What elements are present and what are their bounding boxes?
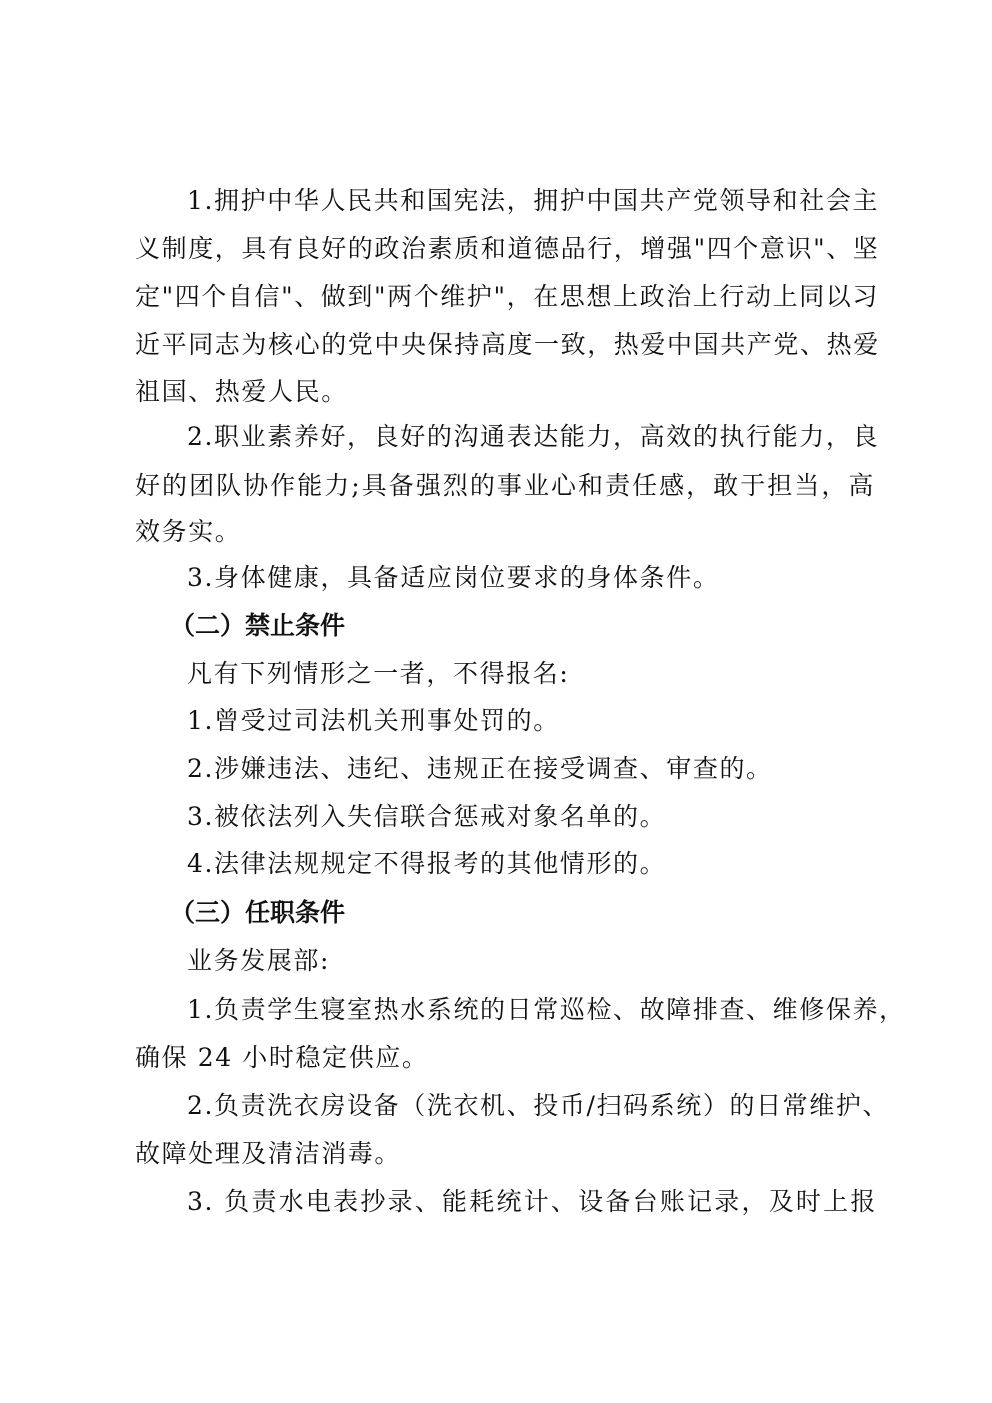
requirement-1-line-4: 近平同志为核心的党中央保持高度一致，热爱中国共产党、热爱 [135,325,875,365]
requirement-2-line-2: 好的团队协作能力;具备强烈的事业心和责任感，敢于担当，高 [135,466,875,506]
requirement-1-line-1: 1.拥护中华人民共和国宪法，拥护中国共产党领导和社会主 [187,181,877,221]
duty-1-line-1: 1.负责学生寝室热水系统的日常巡检、故障排查、维修保养， [187,990,877,1030]
requirement-1-line-5: 祖国、热爱人民。 [135,372,875,412]
prohibited-intro: 凡有下列情形之一者，不得报名: [187,654,877,694]
section-heading-job-requirements: （三）任职条件 [170,893,910,933]
document-page: 1.拥护中华人民共和国宪法，拥护中国共产党领导和社会主 义制度，具有良好的政治素… [0,0,992,1403]
duty-2-line-1: 2.负责洗衣房设备（洗衣机、投币/扫码系统）的日常维护、 [187,1086,877,1126]
duty-3-line-1: 3. 负责水电表抄录、能耗统计、设备台账记录，及时上报 [187,1182,877,1222]
department-label: 业务发展部: [187,941,877,981]
requirement-2-line-1: 2.职业素养好，良好的沟通表达能力，高效的执行能力，良 [187,417,877,457]
prohibited-item-4: 4.法律法规规定不得报考的其他情形的。 [187,844,877,884]
prohibited-item-2: 2.涉嫌违法、违纪、违规正在接受调查、审查的。 [187,749,877,789]
requirement-2-line-3: 效务实。 [135,512,875,552]
section-heading-prohibited-conditions: （二）禁止条件 [170,606,910,646]
requirement-1-line-2: 义制度，具有良好的政治素质和道德品行，增强"四个意识"、坚 [135,229,875,269]
prohibited-item-1: 1.曾受过司法机关刑事处罚的。 [187,701,877,741]
prohibited-item-3: 3.被依法列入失信联合惩戒对象名单的。 [187,797,877,837]
requirement-1-line-3: 定"四个自信"、做到"两个维护"，在思想上政治上行动上同以习 [135,277,875,317]
requirement-3-line-1: 3.身体健康，具备适应岗位要求的身体条件。 [187,558,877,598]
duty-1-line-2: 确保 24 小时稳定供应。 [135,1038,875,1078]
duty-2-line-2: 故障处理及清洁消毒。 [135,1134,875,1174]
